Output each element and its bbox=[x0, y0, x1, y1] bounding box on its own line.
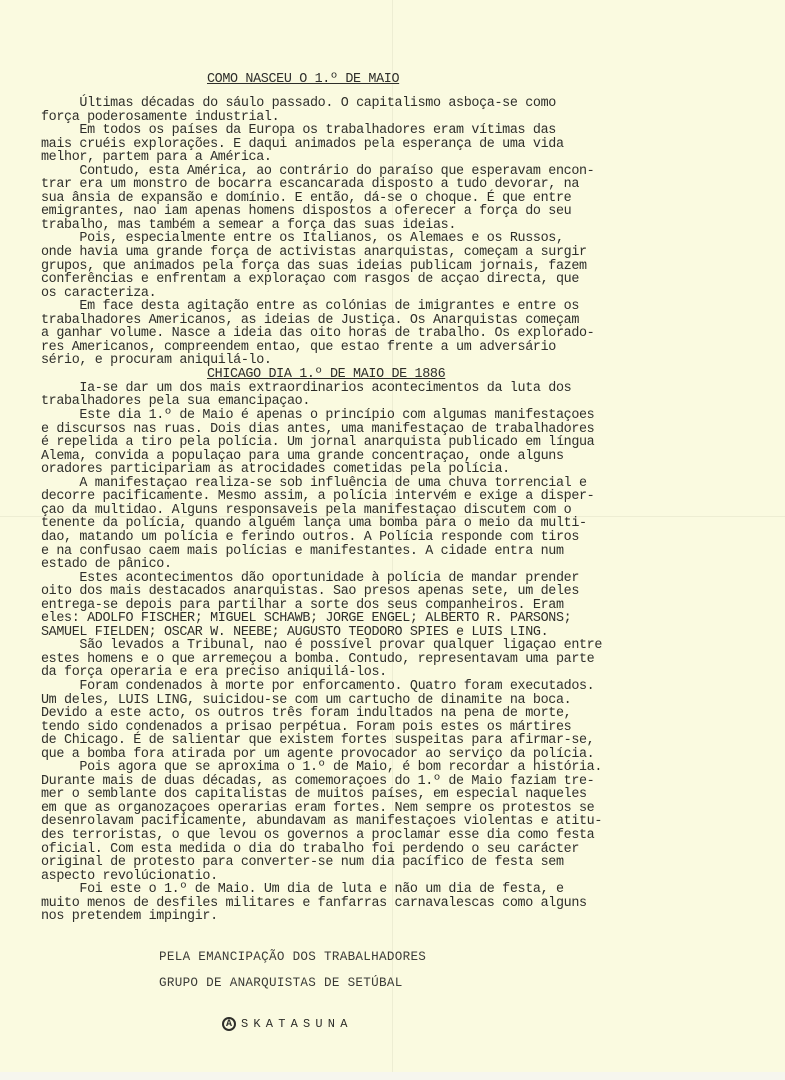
text-line: aspecto revolúcionatio. bbox=[41, 870, 761, 884]
text-line: conferências e enfrentam a exploraçao co… bbox=[41, 273, 761, 287]
text-line: da força operaria e era preciso aniquilá… bbox=[41, 666, 761, 680]
section-subtitle: CHICAGO DIA 1.º DE MAIO DE 1886 bbox=[207, 368, 761, 382]
text-line: que a bomba fora atirada por um agente p… bbox=[41, 748, 761, 762]
text-line: Pois, especialmente entre os Italianos, … bbox=[41, 232, 761, 246]
text-line: muito menos de desfiles militares e fanf… bbox=[41, 897, 761, 911]
text-line: decorre pacificamente. Mesmo assim, a po… bbox=[41, 490, 761, 504]
text-line: trar era um monstro de bocarra escancara… bbox=[41, 178, 761, 192]
text-line: sua ânsia de expansão e domínio. E então… bbox=[41, 192, 761, 206]
text-line: tenente da polícia, quando alguém lança … bbox=[41, 517, 761, 531]
text-line: Devido a este acto, os outros três foram… bbox=[41, 707, 761, 721]
text-line: sério, e procuram aniquilá-lo. bbox=[41, 354, 761, 368]
text-line: e discursos nas ruas. Dois dias antes, u… bbox=[41, 423, 761, 437]
section-2-text: Ia-se dar um dos mais extraordinarios ac… bbox=[41, 382, 761, 924]
text-line: A manifestaçao realiza-se sob influência… bbox=[41, 477, 761, 491]
text-line: onde havia uma grande força de activista… bbox=[41, 246, 761, 260]
text-line: eles: ADOLFO FISCHER; MIGUEL SCHAWB; JOR… bbox=[41, 612, 761, 626]
signature: GRUPO DE ANARQUISTAS DE SETÚBAL bbox=[159, 976, 403, 990]
text-line: estado de pânico. bbox=[41, 558, 761, 572]
text-line: des terroristas, o que levou os governos… bbox=[41, 829, 761, 843]
text-line: mais cruéis explorações. E daqui animado… bbox=[41, 138, 761, 152]
text-line: melhor, partem para a América. bbox=[41, 151, 761, 165]
text-line: os caracteriza. bbox=[41, 287, 761, 301]
text-line: Foi este o 1.º de Maio. Um dia de luta e… bbox=[41, 883, 761, 897]
text-line: oficial. Com esta medida o dia do trabal… bbox=[41, 843, 761, 857]
text-line: nos pretendem impingir. bbox=[41, 910, 761, 924]
document-title: COMO NASCEU O 1.º DE MAIO bbox=[207, 70, 761, 90]
document-body: COMO NASCEU O 1.º DE MAIO Últimas década… bbox=[41, 70, 761, 924]
section-1-text: Últimas décadas do sáulo passado. O capi… bbox=[41, 97, 761, 368]
text-line: original de protesto para converter-se n… bbox=[41, 856, 761, 870]
text-line: Foram condenados à morte por enforcament… bbox=[41, 680, 761, 694]
text-line: trabalhadores Americanos, as ideias de J… bbox=[41, 314, 761, 328]
text-line: Alema, convida a populaçao para uma gran… bbox=[41, 450, 761, 464]
text-line: Um deles, LUIS LING, suicidou-se com um … bbox=[41, 694, 761, 708]
scan-margin bbox=[0, 1072, 785, 1080]
text-line: trabalhadores pela sua emancipaçao. bbox=[41, 395, 761, 409]
text-line: oradores participariam as atrocidades co… bbox=[41, 463, 761, 477]
text-line: trabalho, mas também a semear a força da… bbox=[41, 219, 761, 233]
text-line: desenrolavam pacificamente, abundavam as… bbox=[41, 815, 761, 829]
text-line: res Americanos, compreendem entao, que e… bbox=[41, 341, 761, 355]
text-line: Durante mais de duas décadas, as comemor… bbox=[41, 775, 761, 789]
closing-line: PELA EMANCIPAÇÃO DOS TRABALHADORES bbox=[159, 950, 426, 964]
text-line: e na confusao caem mais polícias e manif… bbox=[41, 545, 761, 559]
text-line: de Chicago. É de salientar que existem f… bbox=[41, 734, 761, 748]
text-line: mer o semblante dos capitalistas de muit… bbox=[41, 788, 761, 802]
circle-a-icon: A bbox=[222, 1017, 236, 1031]
text-line: grupos, que animados pela força das suas… bbox=[41, 260, 761, 274]
text-line: a ganhar volume. Nasce a ideia das oito … bbox=[41, 327, 761, 341]
text-line: Em todos os países da Europa os trabalha… bbox=[41, 124, 761, 138]
text-line: dao, matando um polícia e ferindo outros… bbox=[41, 531, 761, 545]
text-line: oito dos mais destacados anarquistas. Sa… bbox=[41, 585, 761, 599]
text-line: SAMUEL FIELDEN; OSCAR W. NEEBE; AUGUSTO … bbox=[41, 626, 761, 640]
text-line: Este dia 1.º de Maio é apenas o princípi… bbox=[41, 409, 761, 423]
text-line: Estes acontecimentos dão oportunidade à … bbox=[41, 572, 761, 586]
text-line: estes homens e o que arremeçou a bomba. … bbox=[41, 653, 761, 667]
brand-name: SKATASUNA bbox=[241, 1017, 353, 1031]
text-line: é repelida a tiro pela polícia. Um jorna… bbox=[41, 436, 761, 450]
text-line: emigrantes, nao iam apenas homens dispos… bbox=[41, 205, 761, 219]
text-line: entrega-se depois para partilhar a sorte… bbox=[41, 599, 761, 613]
text-line: Últimas décadas do sáulo passado. O capi… bbox=[41, 97, 761, 111]
text-line: em que as organozaçoes operarias eram fo… bbox=[41, 802, 761, 816]
text-line: Em face desta agitação entre as colónias… bbox=[41, 300, 761, 314]
brand-mark: A SKATASUNA bbox=[222, 1017, 353, 1031]
text-line: Ia-se dar um dos mais extraordinarios ac… bbox=[41, 382, 761, 396]
text-line: Pois agora que se aproxima o 1.º de Maio… bbox=[41, 761, 761, 775]
text-line: çao da multidao. Alguns responsaveis pel… bbox=[41, 504, 761, 518]
text-line: São levados a Tribunal, nao é possível p… bbox=[41, 639, 761, 653]
text-line: Contudo, esta América, ao contrário do p… bbox=[41, 165, 761, 179]
text-line: força poderosamente industrial. bbox=[41, 111, 761, 125]
